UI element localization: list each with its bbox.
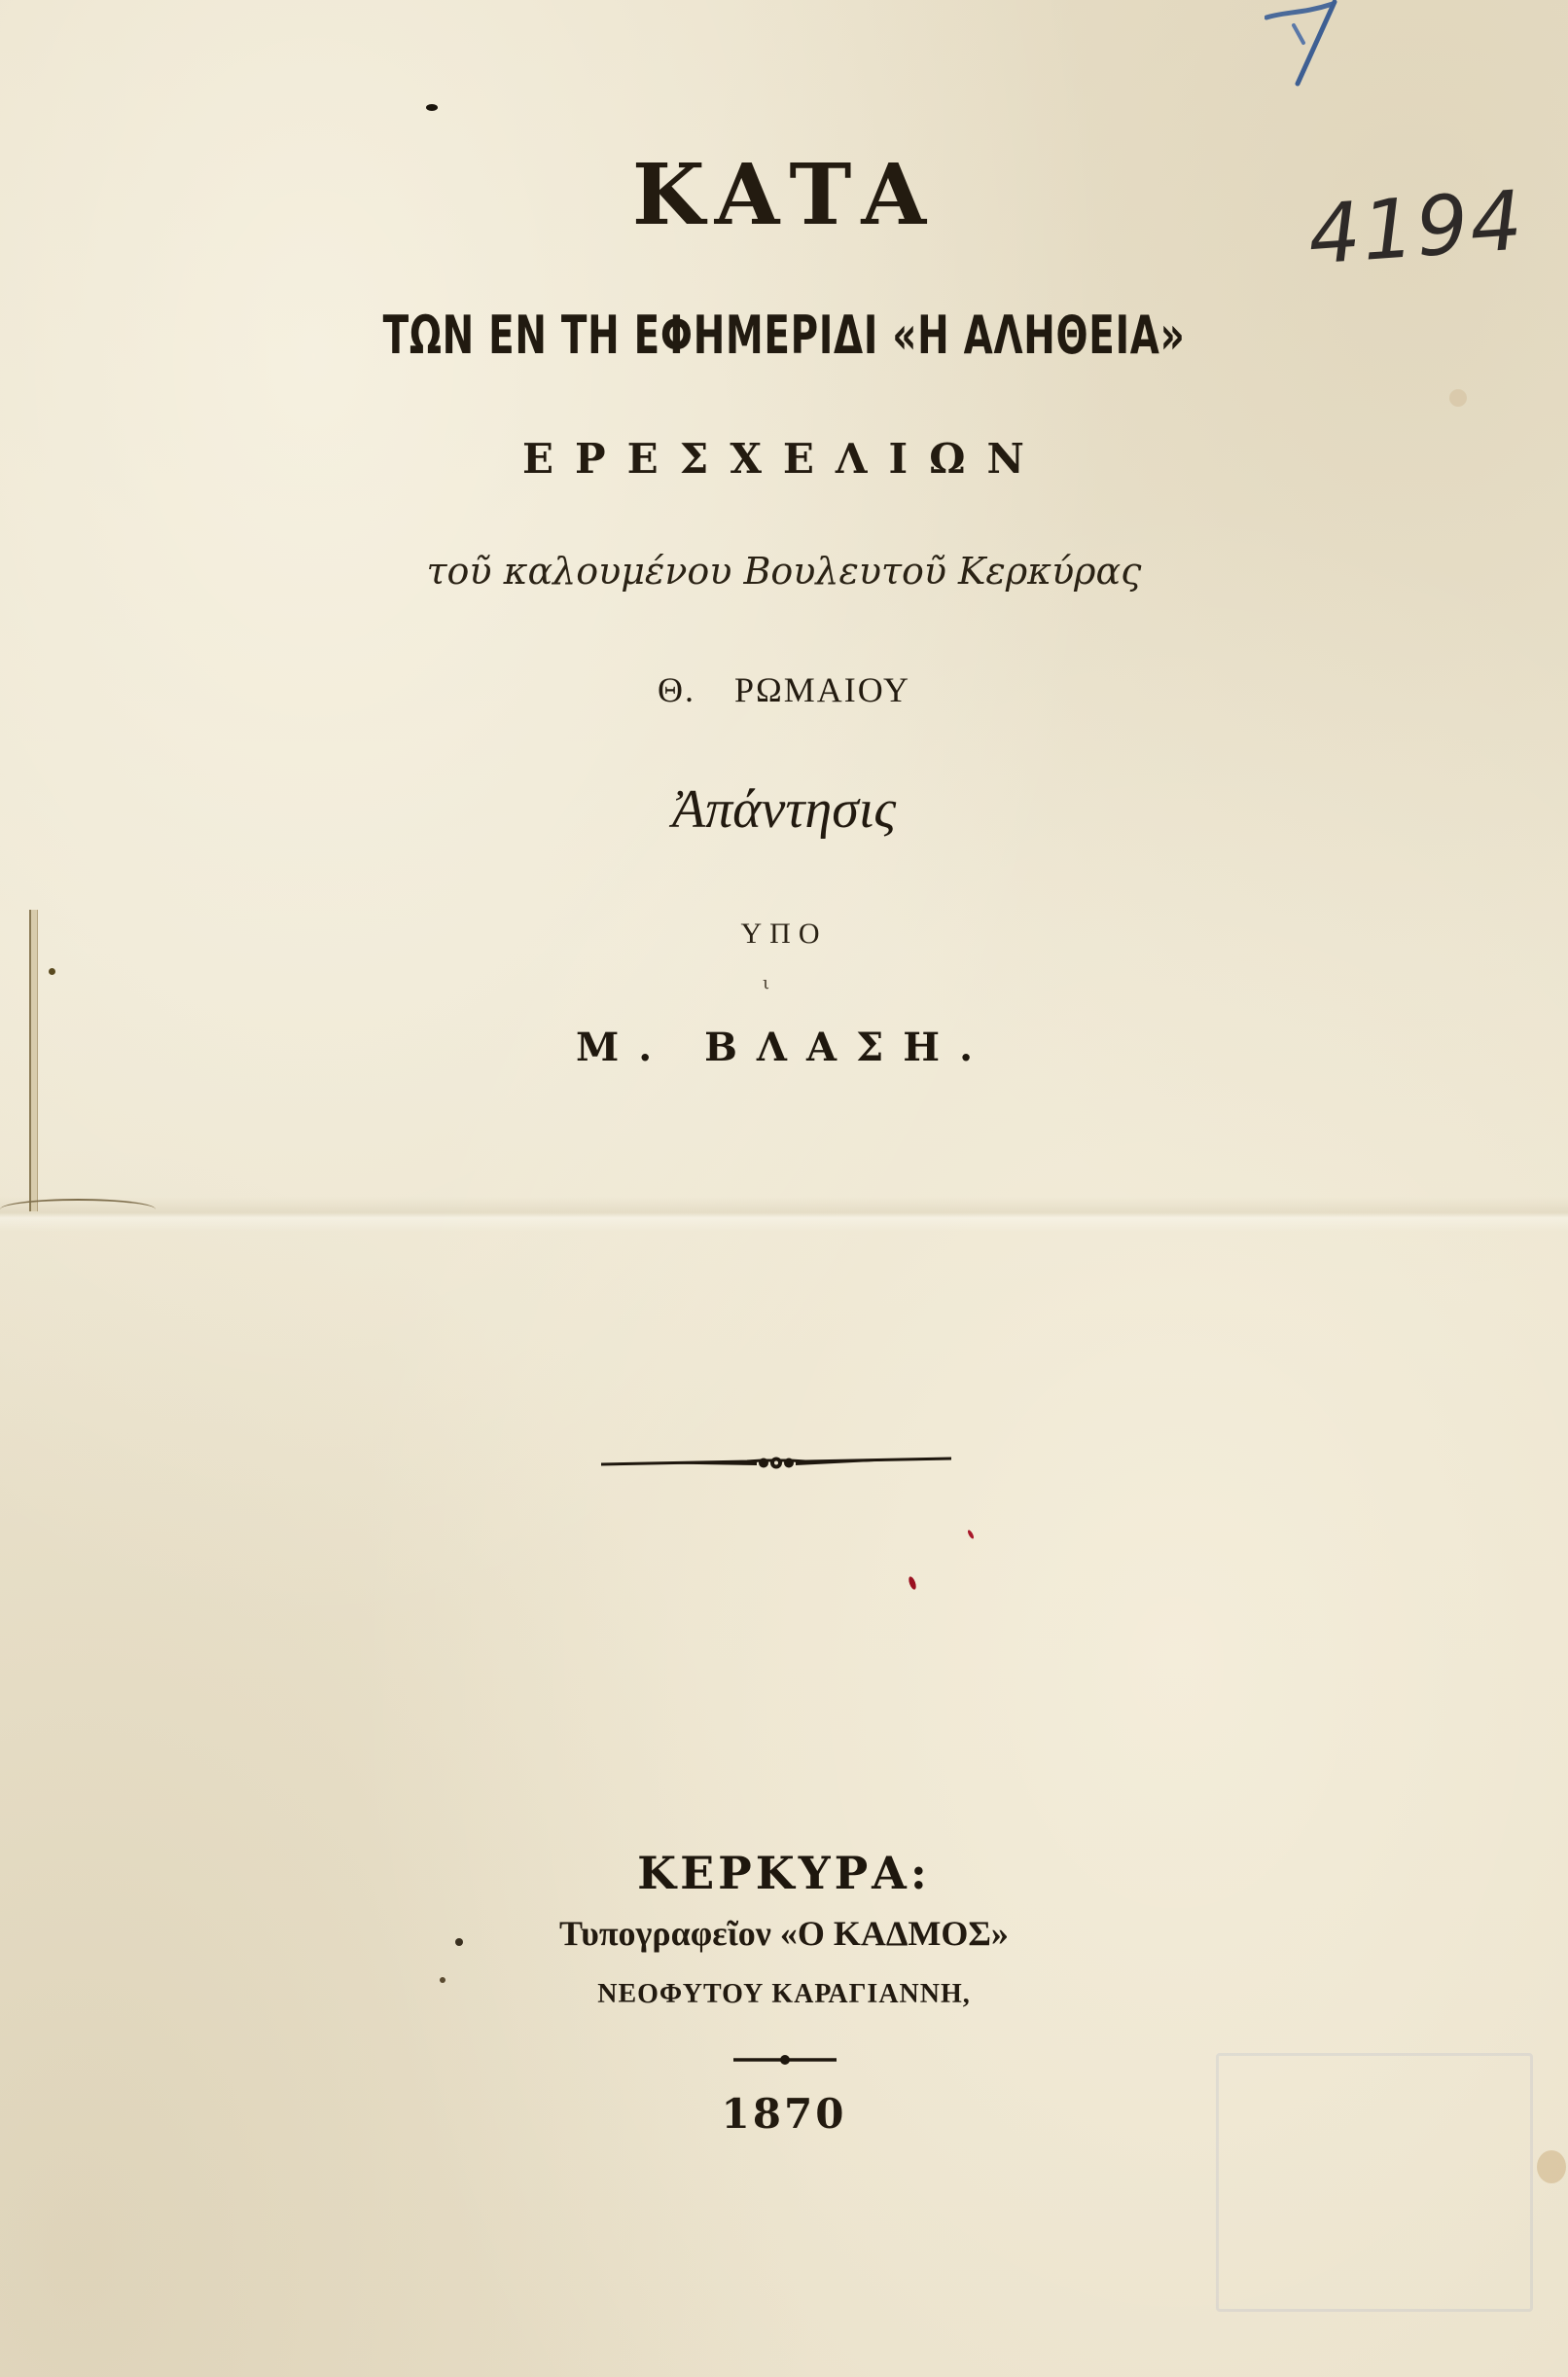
imprint-year: 1870 bbox=[0, 2090, 1568, 2138]
by-label: ΥΠΟ bbox=[0, 918, 1568, 951]
small-printer-mark: ι bbox=[763, 973, 769, 993]
title-person: Θ.ΡΩΜΑΙΟΥ bbox=[0, 669, 1568, 710]
red-ink-speck bbox=[908, 1575, 917, 1590]
foxing-stain bbox=[1537, 2150, 1566, 2183]
imprint-city: ΚΕΡΚΥΡΑ: bbox=[0, 1847, 1568, 1899]
blue-pencil-mark-icon bbox=[1265, 0, 1352, 88]
paper-fold-crease bbox=[0, 1197, 1568, 1232]
person-initial: Θ. bbox=[658, 670, 695, 709]
title-subject: ΕΡΕΣΧΕΛΙΩΝ bbox=[0, 435, 1568, 483]
person-surname: ΡΩΜΑΙΟΥ bbox=[734, 670, 910, 709]
small-ornamental-rule-icon bbox=[733, 2055, 837, 2065]
ornamental-rule-icon bbox=[601, 1456, 951, 1469]
scanned-title-page: 4194 ΚΑΤΑ ΤΩΝ ΕΝ ΤΗ ΕΦΗΜΕΡΙΔΙ «Η ΑΛΗΘΕΙΑ… bbox=[0, 0, 1568, 2377]
work-label: Ἀπάντησις bbox=[0, 778, 1568, 841]
paper-tear-horizontal bbox=[0, 1199, 156, 1220]
author-name: Μ. ΒΛΑΣΗ. bbox=[0, 1025, 1568, 1070]
title-descriptor: τοῦ καλουμένου Βουλευτοῦ Κερκύρας bbox=[0, 550, 1568, 593]
foxing-stain bbox=[1449, 389, 1467, 407]
paper-speck bbox=[49, 968, 55, 975]
title-subtitle: ΤΩΝ ΕΝ ΤΗ ΕΦΗΜΕΡΙΔΙ «Η ΑΛΗΘΕΙΑ» bbox=[220, 305, 1349, 366]
imprint-printer: Τυπογραφεῖον «Ο ΚΑΔΜΟΣ» bbox=[0, 1913, 1568, 1954]
red-ink-speck bbox=[967, 1530, 975, 1540]
imprint-printer-owner: ΝΕΟΦΥΤΟΥ ΚΑΡΑΓΙΑΝΝΗ, bbox=[0, 1979, 1568, 2010]
title-main: ΚΑΤΑ bbox=[0, 146, 1568, 244]
paper-speck bbox=[426, 104, 438, 111]
